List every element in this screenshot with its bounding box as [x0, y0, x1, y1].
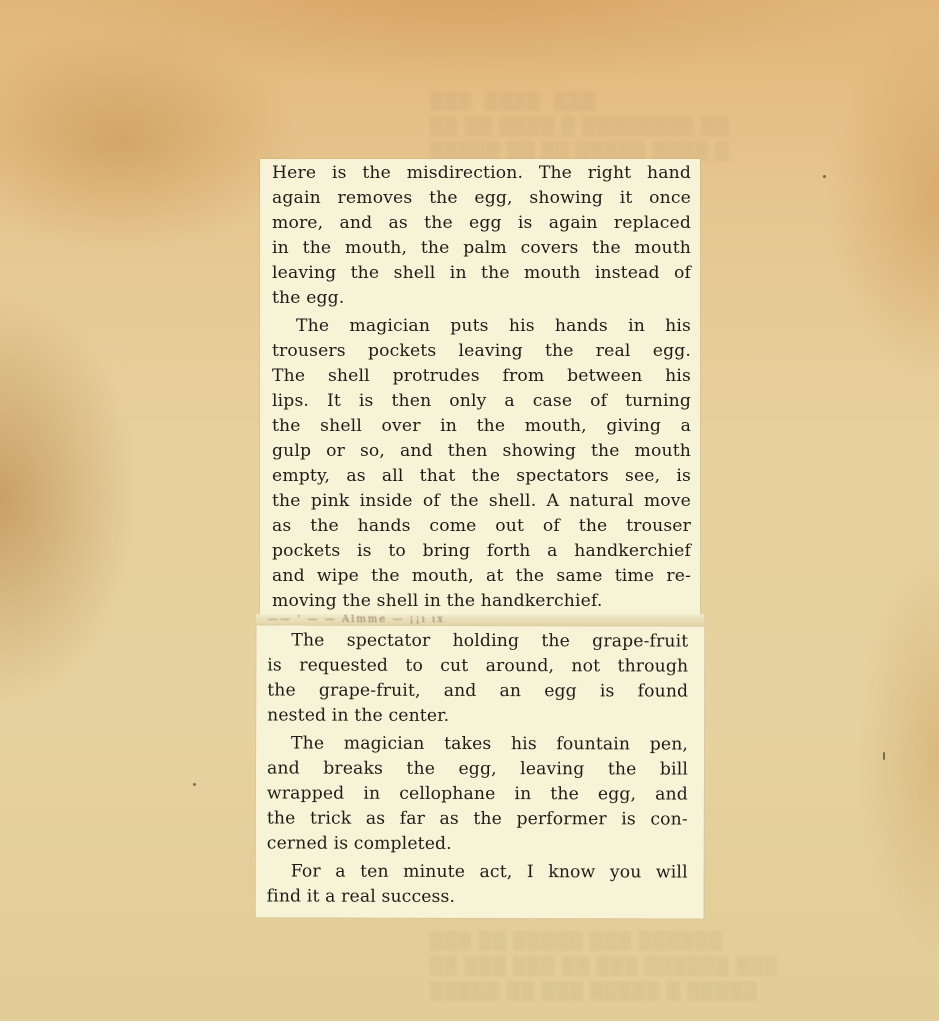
- torn-edge-text: —— ‘ — — Almme — ¡¡ı ıx: [256, 614, 704, 626]
- newspaper-clipping-1: Here is the misdirection. The right hand…: [260, 159, 700, 617]
- paper-speck: [823, 175, 826, 178]
- text-line: the grape-fruit, and an egg is found: [267, 678, 688, 704]
- text-line: the pink inside of the shell. A natural …: [272, 489, 691, 514]
- paragraph: Here is the misdirection. The right hand…: [272, 161, 691, 311]
- bleed-through-text-lower: ▒▒▒ ▒▒ ▒▒▒▒▒ ▒▒▒ ▒▒▒▒▒▒ ▒▒ ▒▒▒ ▒▒▒ ▒▒ ▒▒…: [430, 930, 860, 1005]
- text-line: the shell over in the mouth, giving a: [272, 414, 691, 439]
- text-line: The spectator holding the grape-fruit: [267, 628, 688, 654]
- text-line: wrapped in cellophane in the egg, and: [267, 781, 688, 807]
- text-line: The shell protrudes from between his: [272, 364, 691, 389]
- text-line: The magician puts his hands in his: [272, 314, 691, 339]
- text-line: again removes the egg, showing it once: [272, 186, 691, 211]
- text-line: as the hands come out of the trouser: [272, 514, 691, 539]
- bleed-through-text: ▒▒▒ ▒▒▒▒ ▒▒▒ ▒▒ ▒▒ ▒▒▒▒ ▒ ▒▒▒▒▒▒▒▒ ▒▒ ▒▒…: [430, 90, 860, 165]
- text-line: leaving the shell in the mouth instead o…: [272, 261, 691, 286]
- text-line: empty, as all that the spectators see, i…: [272, 464, 691, 489]
- text-line: the egg.: [272, 286, 691, 311]
- text-line: pockets is to bring forth a handkerchief: [272, 539, 691, 564]
- text-line: gulp or so, and then showing the mouth: [272, 439, 691, 464]
- text-line: in the mouth, the palm covers the mouth: [272, 236, 691, 261]
- clipping-2-text: The spectator holding the grape-fruitis …: [267, 628, 689, 910]
- text-line: moving the shell in the handkerchief.: [272, 589, 691, 614]
- paragraph: The magician puts his hands in histrouse…: [272, 314, 691, 614]
- text-line: and wipe the mouth, at the same time re-: [272, 564, 691, 589]
- paper-speck: [193, 783, 196, 786]
- paragraph: The magician takes his fountain pen,and …: [267, 731, 688, 857]
- text-line: trousers pockets leaving the real egg.: [272, 339, 691, 364]
- paper-speck: [883, 752, 885, 760]
- text-line: find it a real success.: [267, 884, 688, 910]
- torn-edge-strip: —— ‘ — — Almme — ¡¡ı ıx: [256, 614, 704, 626]
- text-line: the trick as far as the performer is con…: [267, 806, 688, 832]
- text-line: For a ten minute act, I know you will: [267, 859, 688, 885]
- text-line: lips. It is then only a case of turning: [272, 389, 691, 414]
- newspaper-clipping-2: The spectator holding the grape-fruitis …: [256, 625, 705, 918]
- paragraph: The spectator holding the grape-fruitis …: [267, 628, 688, 729]
- clipping-1-text: Here is the misdirection. The right hand…: [272, 161, 691, 614]
- text-line: nested in the center.: [267, 703, 688, 729]
- text-line: is requested to cut around, not through: [267, 653, 688, 679]
- paragraph: For a ten minute act, I know you willfin…: [267, 859, 688, 910]
- text-line: cerned is completed.: [267, 831, 688, 857]
- text-line: and breaks the egg, leaving the bill: [267, 756, 688, 782]
- text-line: more, and as the egg is again replaced: [272, 211, 691, 236]
- text-line: Here is the misdirection. The right hand: [272, 161, 691, 186]
- text-line: The magician takes his fountain pen,: [267, 731, 688, 757]
